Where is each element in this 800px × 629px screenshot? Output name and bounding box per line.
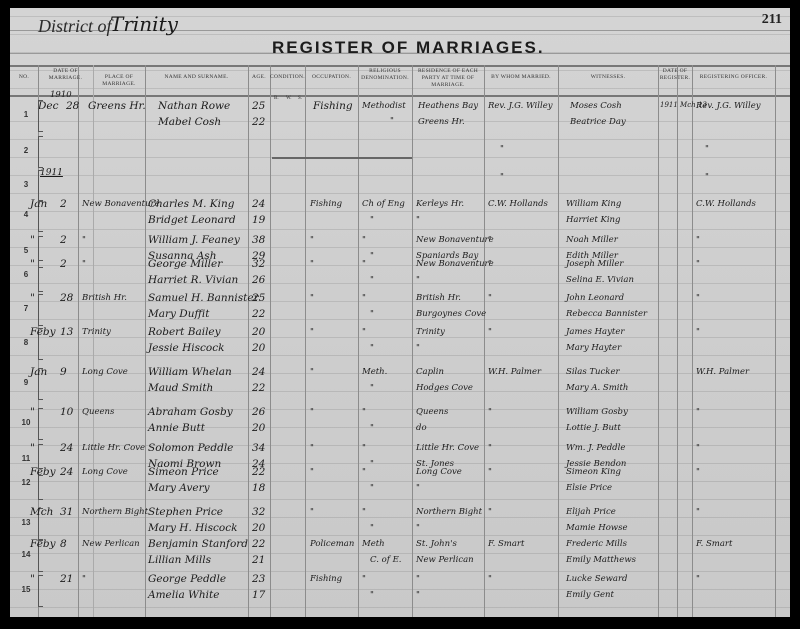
groom-age: 24 bbox=[252, 198, 265, 210]
witness-1: Wm. J. Peddle bbox=[566, 443, 625, 453]
bride-denomination: " bbox=[370, 275, 374, 285]
col-divider bbox=[484, 65, 485, 617]
registrar: " bbox=[696, 327, 700, 337]
col-divider bbox=[677, 65, 678, 617]
married-by: " bbox=[500, 172, 504, 182]
denomination: " bbox=[362, 467, 366, 477]
groom-name: William Whelan bbox=[148, 366, 232, 378]
groom-name: Samuel H. Bannister bbox=[148, 292, 259, 304]
col-divider bbox=[78, 65, 79, 617]
bride-name: Amelia White bbox=[148, 589, 219, 601]
month: Feby bbox=[30, 538, 56, 550]
col-divider bbox=[93, 65, 94, 617]
groom-residence: St. John's bbox=[416, 539, 457, 549]
bride-residence: " bbox=[416, 483, 420, 493]
witness-1: Joseph Miller bbox=[566, 259, 624, 269]
registrar: " bbox=[696, 259, 700, 269]
registrar: " bbox=[705, 144, 709, 154]
groom-name: Simeon Price bbox=[148, 466, 219, 478]
occupation: " bbox=[310, 467, 314, 477]
col-divider bbox=[358, 65, 359, 617]
groom-age: 22 bbox=[252, 466, 265, 478]
witness-1: Frederic Mills bbox=[566, 539, 627, 549]
month: " bbox=[30, 573, 35, 585]
row-bracket bbox=[38, 170, 43, 202]
married-by: F. Smart bbox=[488, 539, 524, 549]
witness-2: Rebecca Bannister bbox=[566, 309, 647, 319]
registrar: " bbox=[696, 407, 700, 417]
day: 13 bbox=[60, 326, 73, 338]
occupation: " bbox=[310, 443, 314, 453]
col-divider bbox=[658, 65, 659, 617]
header-condition: Condition. bbox=[270, 74, 305, 81]
day: 28 bbox=[66, 100, 79, 112]
bride-denomination: " bbox=[370, 343, 374, 353]
bride-residence: " bbox=[416, 275, 420, 285]
col-divider bbox=[305, 65, 306, 617]
groom-name: Benjamin Stanford bbox=[148, 538, 248, 550]
bride-denomination: " bbox=[370, 309, 374, 319]
bride-denomination: " bbox=[370, 590, 374, 600]
registrar: W.H. Palmer bbox=[696, 367, 749, 377]
day: 24 bbox=[60, 442, 73, 454]
page-number: 211 bbox=[762, 12, 782, 28]
month: " bbox=[30, 258, 35, 270]
place: Greens Hr. bbox=[88, 100, 146, 112]
place: Queens bbox=[82, 407, 114, 417]
condition-b: B. bbox=[274, 96, 279, 101]
married-by: " bbox=[488, 574, 492, 584]
place: Long Cove bbox=[82, 467, 128, 477]
bride-name: Mary Avery bbox=[148, 482, 210, 494]
bride-age: 21 bbox=[252, 554, 265, 566]
denomination: Methodist bbox=[362, 101, 406, 111]
bride-residence: " bbox=[416, 215, 420, 225]
day: 2 bbox=[60, 198, 67, 210]
condition-w: W. bbox=[286, 96, 292, 101]
month: Jan bbox=[30, 366, 47, 378]
married-by: " bbox=[488, 259, 492, 269]
witness-1: Lucke Seward bbox=[566, 574, 627, 584]
witness-1: Noah Miller bbox=[566, 235, 618, 245]
header-witnesses: Witnesses. bbox=[558, 74, 658, 81]
groom-name: Abraham Gosby bbox=[148, 406, 233, 418]
married-by: " bbox=[488, 293, 492, 303]
strike-line bbox=[272, 157, 412, 159]
groom-name: George Miller bbox=[148, 258, 222, 270]
place: " bbox=[82, 235, 86, 245]
occupation: " bbox=[310, 327, 314, 337]
header-date: Date of Marriage. bbox=[38, 68, 93, 82]
place: British Hr. bbox=[82, 293, 127, 303]
denomination: Meth. bbox=[362, 367, 387, 377]
groom-age: 23 bbox=[252, 573, 265, 585]
day: 28 bbox=[60, 292, 73, 304]
occupation: " bbox=[310, 259, 314, 269]
groom-residence: " bbox=[416, 574, 420, 584]
married-by: " bbox=[488, 407, 492, 417]
registrar: " bbox=[705, 172, 709, 182]
day: 21 bbox=[60, 573, 73, 585]
married-by: " bbox=[500, 144, 504, 154]
denomination: Meth bbox=[362, 539, 385, 549]
bride-residence: " bbox=[416, 343, 420, 353]
denomination: " bbox=[362, 507, 366, 517]
married-by: " bbox=[488, 327, 492, 337]
groom-age: 34 bbox=[252, 442, 265, 454]
bride-residence: New Perlican bbox=[416, 555, 474, 565]
bride-residence: Hodges Cove bbox=[416, 383, 473, 393]
groom-age: 20 bbox=[252, 326, 265, 338]
bride-residence: do bbox=[416, 423, 427, 433]
occupation: Fishing bbox=[313, 100, 353, 112]
groom-age: 25 bbox=[252, 100, 265, 112]
place: " bbox=[82, 259, 86, 269]
groom-name: William J. Feaney bbox=[148, 234, 240, 246]
registrar: " bbox=[696, 293, 700, 303]
month: Mch bbox=[30, 506, 53, 518]
row-bracket bbox=[38, 136, 43, 168]
day: 2 bbox=[60, 258, 67, 270]
bride-denomination: " bbox=[370, 215, 374, 225]
bride-name: Harriet R. Vivian bbox=[148, 274, 238, 286]
registrar: " bbox=[696, 507, 700, 517]
bride-name: Bridget Leonard bbox=[148, 214, 236, 226]
married-by: Rev. J.G. Willey bbox=[488, 101, 553, 111]
registrar: " bbox=[696, 443, 700, 453]
groom-residence: Northern Bight bbox=[416, 507, 482, 517]
day: 8 bbox=[60, 538, 67, 550]
groom-name: Nathan Rowe bbox=[158, 100, 230, 112]
place: Little Hr. Cove bbox=[82, 443, 145, 453]
row-number: 8 bbox=[10, 338, 42, 347]
witness-2: Mamie Howse bbox=[566, 523, 627, 533]
groom-age: 22 bbox=[252, 538, 265, 550]
married-by: W.H. Palmer bbox=[488, 367, 541, 377]
day: 24 bbox=[60, 466, 73, 478]
row-number: 12 bbox=[10, 478, 42, 487]
occupation: Fishing bbox=[310, 574, 342, 584]
page-title: REGISTER OF MARRIAGES. bbox=[272, 38, 545, 58]
denomination: " bbox=[362, 574, 366, 584]
bride-age: 26 bbox=[252, 274, 265, 286]
denomination: " bbox=[362, 407, 366, 417]
occupation: " bbox=[310, 293, 314, 303]
row-number: 11 bbox=[10, 454, 42, 463]
row-number: 14 bbox=[10, 550, 42, 559]
married-by: " bbox=[488, 235, 492, 245]
bride-age: 20 bbox=[252, 422, 265, 434]
place: Long Cove bbox=[82, 367, 128, 377]
witness-1: John Leonard bbox=[566, 293, 624, 303]
header-married-by: By whom Married. bbox=[484, 74, 558, 81]
registrar: " bbox=[696, 235, 700, 245]
row-number: 13 bbox=[10, 518, 42, 527]
month: " bbox=[30, 406, 35, 418]
col-divider bbox=[248, 65, 249, 617]
witness-2: Emily Matthews bbox=[566, 555, 636, 565]
groom-age: 32 bbox=[252, 506, 265, 518]
occupation: " bbox=[310, 507, 314, 517]
registrar: Rev. J.G. Willey bbox=[696, 101, 761, 111]
witness-1: Silas Tucker bbox=[566, 367, 620, 377]
groom-age: 32 bbox=[252, 258, 265, 270]
witness-1: Elijah Price bbox=[566, 507, 616, 517]
bride-denomination: " bbox=[390, 116, 394, 126]
bride-age: 20 bbox=[252, 342, 265, 354]
married-by: " bbox=[488, 443, 492, 453]
bride-name: Mabel Cosh bbox=[158, 116, 221, 128]
row-number: 5 bbox=[10, 246, 42, 255]
witness-2: Mary A. Smith bbox=[566, 383, 628, 393]
witness-1: William King bbox=[566, 199, 621, 209]
bride-age: 22 bbox=[252, 382, 265, 394]
groom-name: Robert Bailey bbox=[148, 326, 221, 338]
row-number: 15 bbox=[10, 585, 42, 594]
witness-2: Elsie Price bbox=[566, 483, 612, 493]
witness-1: Moses Cosh bbox=[570, 101, 622, 111]
denomination: " bbox=[362, 443, 366, 453]
bride-name: Lillian Mills bbox=[148, 554, 211, 566]
groom-residence: Heathens Bay bbox=[418, 101, 478, 111]
bride-age: 22 bbox=[252, 308, 265, 320]
col-divider bbox=[270, 65, 271, 617]
bride-denomination: " bbox=[370, 523, 374, 533]
col-divider bbox=[412, 65, 413, 617]
groom-age: 25 bbox=[252, 292, 265, 304]
bride-residence: Greens Hr. bbox=[418, 117, 465, 127]
day: 31 bbox=[60, 506, 73, 518]
witness-1: William Gosby bbox=[566, 407, 628, 417]
registrar: F. Smart bbox=[696, 539, 732, 549]
bride-name: Mary H. Hiscock bbox=[148, 522, 237, 534]
row-number: 10 bbox=[10, 418, 42, 427]
year-1911: 1911 bbox=[40, 168, 63, 178]
groom-residence: Long Cove bbox=[416, 467, 462, 477]
witness-2: Harriet King bbox=[566, 215, 620, 225]
occupation: " bbox=[310, 367, 314, 377]
denomination: " bbox=[362, 293, 366, 303]
bride-residence: " bbox=[416, 523, 420, 533]
header-age: Age. bbox=[248, 74, 270, 81]
bride-name: Annie Butt bbox=[148, 422, 205, 434]
row-bracket bbox=[38, 100, 43, 132]
row-number: 9 bbox=[10, 378, 42, 387]
bride-name: Jessie Hiscock bbox=[148, 342, 224, 354]
married-by: C.W. Hollands bbox=[488, 199, 548, 209]
occupation: " bbox=[310, 407, 314, 417]
registrar: C.W. Hollands bbox=[696, 199, 756, 209]
bride-residence: Burgoynes Cove bbox=[416, 309, 486, 319]
month: " bbox=[30, 292, 35, 304]
groom-residence: New Bonaventure bbox=[416, 259, 494, 269]
header-residence: Residence of Each Party at Time of Marri… bbox=[412, 68, 484, 89]
row-number: 6 bbox=[10, 270, 42, 279]
month: " bbox=[30, 234, 35, 246]
day: 2 bbox=[60, 234, 67, 246]
groom-residence: Trinity bbox=[416, 327, 445, 337]
month: Feby bbox=[30, 466, 56, 478]
groom-age: 24 bbox=[252, 366, 265, 378]
header-registrar: Registering Officer. bbox=[692, 74, 775, 81]
row-number: 7 bbox=[10, 304, 42, 313]
place: Trinity bbox=[82, 327, 111, 337]
groom-age: 26 bbox=[252, 406, 265, 418]
bride-name: Maud Smith bbox=[148, 382, 213, 394]
registrar: " bbox=[696, 574, 700, 584]
bride-denomination: " bbox=[370, 483, 374, 493]
witness-2: Selina E. Vivian bbox=[566, 275, 634, 285]
bride-denomination: " bbox=[370, 383, 374, 393]
bride-age: 17 bbox=[252, 589, 265, 601]
district-label: District of bbox=[38, 16, 112, 37]
bride-residence: " bbox=[416, 590, 420, 600]
denomination: " bbox=[362, 327, 366, 337]
register-page: District of Trinity REGISTER OF MARRIAGE… bbox=[10, 8, 790, 617]
groom-residence: Caplin bbox=[416, 367, 444, 377]
header-name: Name and Surname. bbox=[145, 74, 248, 81]
witness-2: Emily Gent bbox=[566, 590, 614, 600]
col-divider bbox=[145, 65, 146, 617]
bride-age: 18 bbox=[252, 482, 265, 494]
witness-2: Mary Hayter bbox=[566, 343, 621, 353]
groom-name: George Peddle bbox=[148, 573, 226, 585]
day: 10 bbox=[60, 406, 73, 418]
header-reg-date: Date of Register. bbox=[658, 68, 692, 82]
bride-denomination: " bbox=[370, 459, 374, 469]
occupation: " bbox=[310, 235, 314, 245]
header-occupation: Occupation. bbox=[305, 74, 358, 81]
groom-name: Stephen Price bbox=[148, 506, 223, 518]
groom-residence: British Hr. bbox=[416, 293, 461, 303]
groom-residence: Kerleys Hr. bbox=[416, 199, 464, 209]
groom-name: Charles M. King bbox=[148, 198, 235, 210]
denomination: " bbox=[362, 235, 366, 245]
groom-age: 38 bbox=[252, 234, 265, 246]
groom-residence: New Bonaventure bbox=[416, 235, 494, 245]
header-place: Place of Marriage. bbox=[93, 74, 145, 88]
groom-residence: Little Hr. Cove bbox=[416, 443, 479, 453]
district-value: Trinity bbox=[110, 12, 178, 36]
bride-age: 22 bbox=[252, 116, 265, 128]
married-by: " bbox=[488, 467, 492, 477]
row-number: 4 bbox=[10, 210, 42, 219]
bride-age: 19 bbox=[252, 214, 265, 226]
place: Northern Bight bbox=[82, 507, 148, 517]
condition-s: S. bbox=[298, 96, 302, 101]
witness-1: Simeon King bbox=[566, 467, 621, 477]
place: New Perlican bbox=[82, 539, 140, 549]
col-divider bbox=[775, 65, 776, 617]
col-divider bbox=[692, 65, 693, 617]
denomination: Ch of Eng bbox=[362, 199, 405, 209]
header-no: No. bbox=[10, 74, 38, 81]
header-denomination: Religious Denomination. bbox=[358, 68, 412, 82]
day: 9 bbox=[60, 366, 67, 378]
witness-2: Beatrice Day bbox=[570, 117, 626, 127]
bride-age: 20 bbox=[252, 522, 265, 534]
place: " bbox=[82, 574, 86, 584]
witness-1: James Hayter bbox=[566, 327, 624, 337]
denomination: " bbox=[362, 259, 366, 269]
bride-name: Mary Duffit bbox=[148, 308, 210, 320]
occupation: Fishing bbox=[310, 199, 342, 209]
col-divider bbox=[558, 65, 559, 617]
witness-2: Lottie J. Butt bbox=[566, 423, 621, 433]
year-1910: 1910 bbox=[50, 90, 72, 100]
bride-denomination: " bbox=[370, 423, 374, 433]
bride-denomination: C. of E. bbox=[370, 555, 401, 565]
groom-residence: Queens bbox=[416, 407, 448, 417]
bride-denomination: " bbox=[370, 251, 374, 261]
groom-name: Solomon Peddle bbox=[148, 442, 233, 454]
month: Feby bbox=[30, 326, 56, 338]
month: " bbox=[30, 442, 35, 454]
registrar: " bbox=[696, 467, 700, 477]
married-by: " bbox=[488, 507, 492, 517]
occupation: Policeman bbox=[310, 539, 354, 549]
